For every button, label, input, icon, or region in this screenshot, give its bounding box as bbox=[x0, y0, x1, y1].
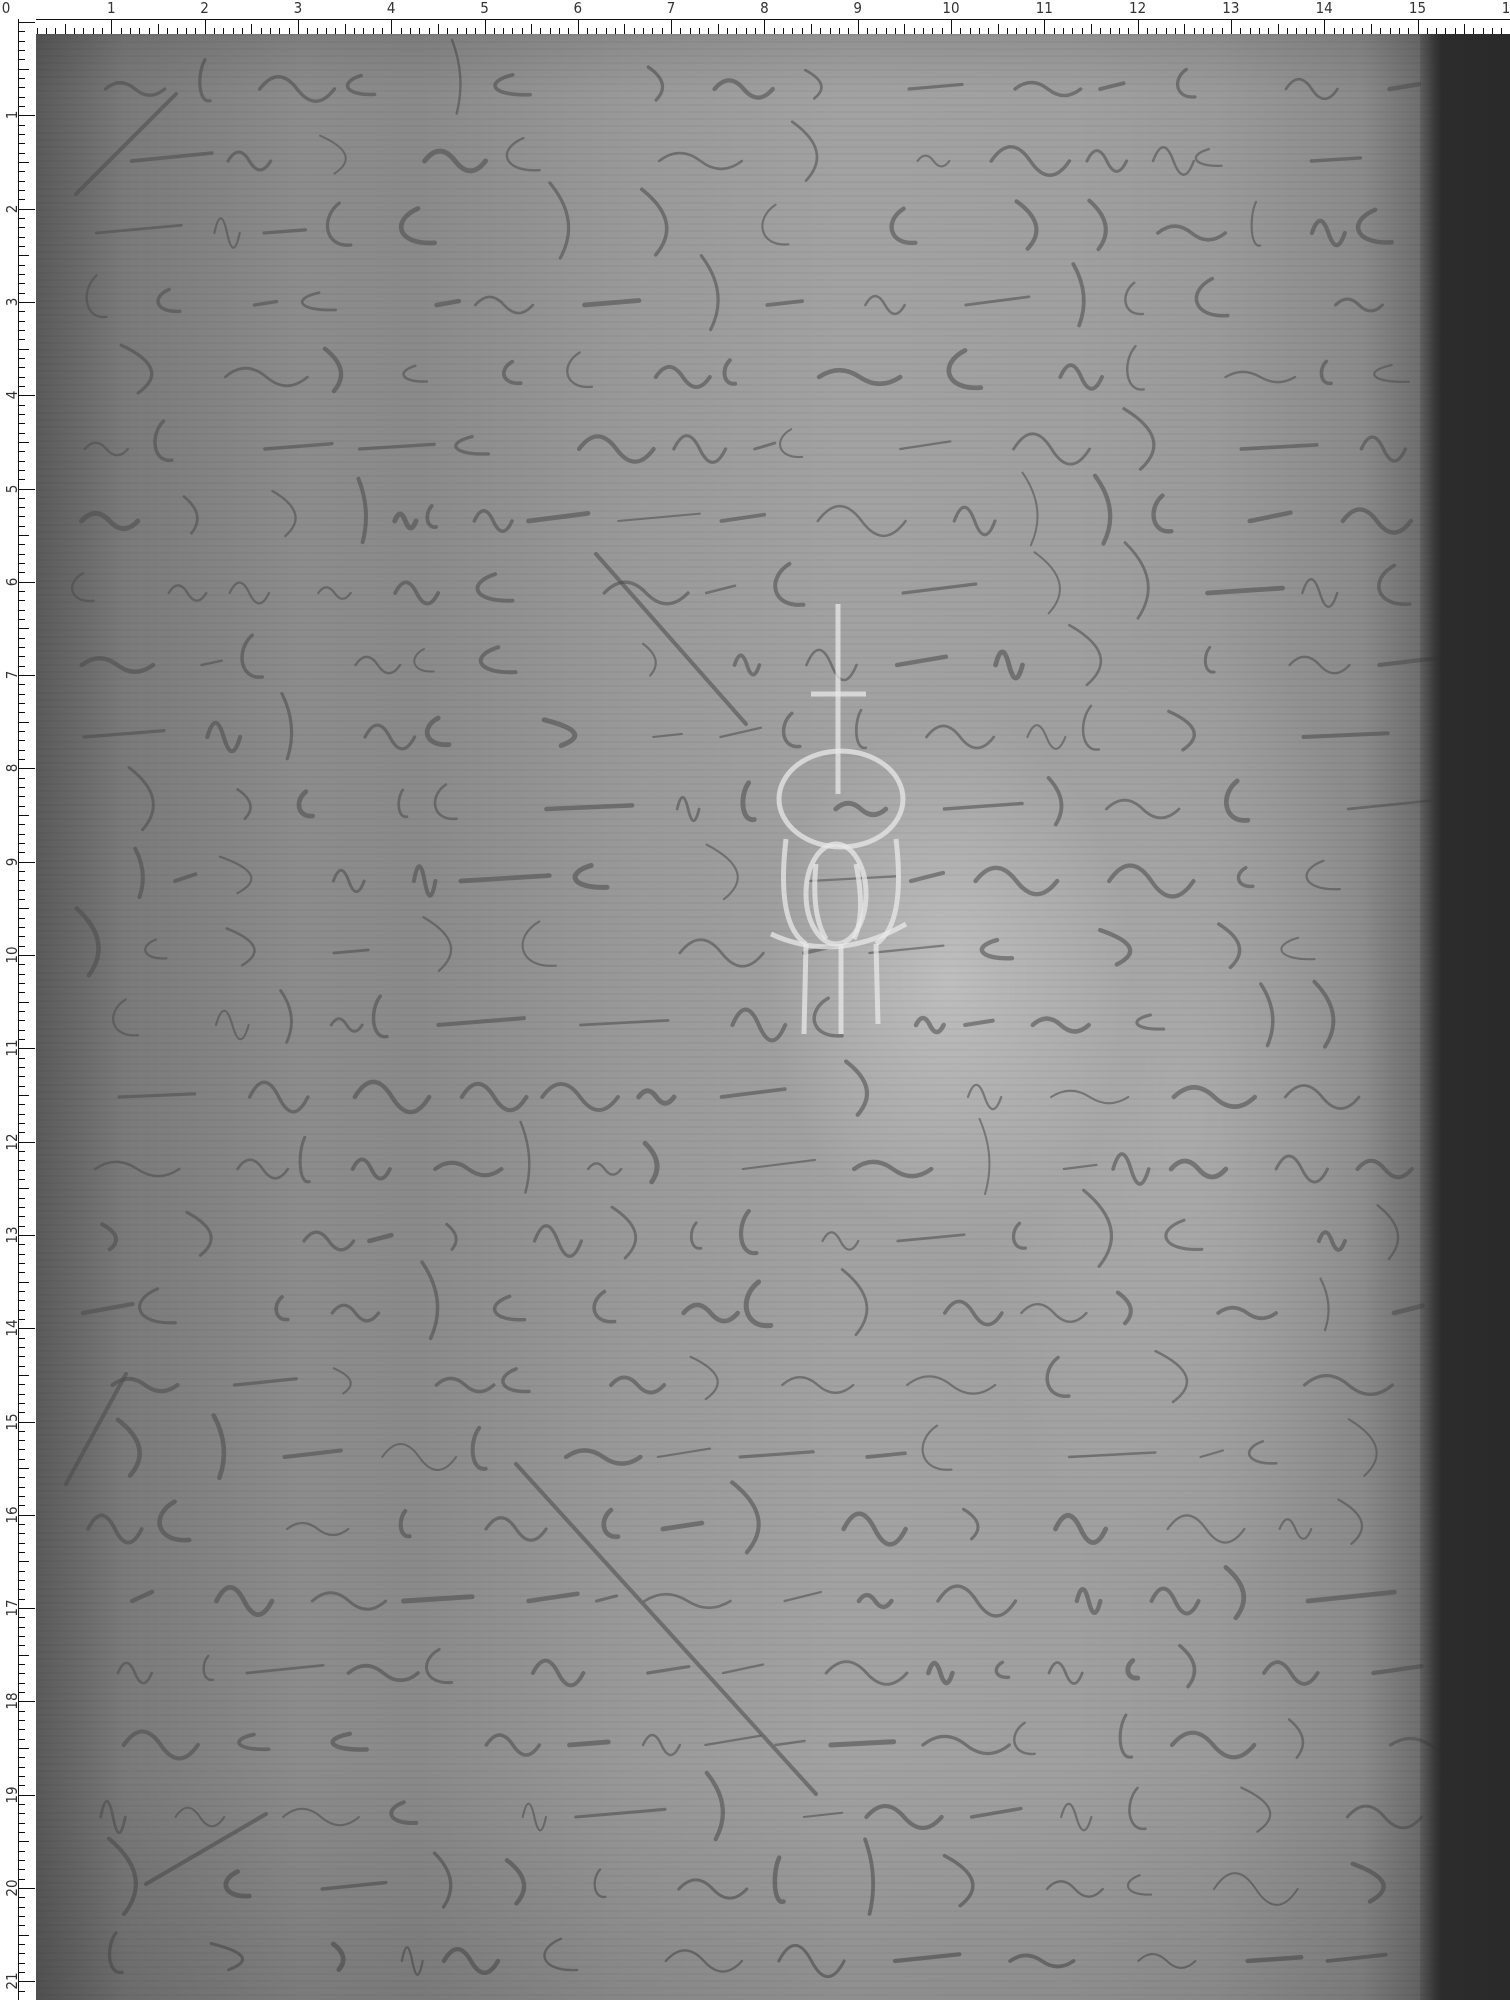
top-ruler-tick bbox=[270, 28, 271, 34]
left-ruler-tick bbox=[18, 899, 25, 900]
top-ruler-tick bbox=[130, 28, 131, 34]
left-ruler-label: 7 bbox=[4, 665, 20, 685]
top-ruler-tick bbox=[970, 28, 971, 34]
left-ruler-tick bbox=[18, 1673, 25, 1674]
top-ruler-tick bbox=[37, 28, 38, 34]
top-ruler-tick bbox=[1464, 24, 1465, 34]
top-ruler-tick bbox=[662, 28, 663, 34]
top-ruler-tick bbox=[251, 24, 252, 34]
top-ruler-tick bbox=[167, 28, 168, 34]
left-ruler-tick bbox=[18, 1263, 25, 1264]
top-shading bbox=[36, 34, 1510, 94]
left-ruler-tick bbox=[18, 69, 29, 70]
left-ruler-label: 10 bbox=[4, 945, 20, 965]
left-ruler-tick bbox=[18, 153, 25, 154]
top-ruler-tick bbox=[1278, 24, 1279, 34]
top-ruler-tick bbox=[1483, 28, 1484, 34]
left-ruler-label: 18 bbox=[4, 1691, 20, 1711]
left-ruler-tick bbox=[18, 190, 25, 191]
top-ruler-tick bbox=[596, 28, 597, 34]
left-ruler-tick bbox=[18, 59, 25, 60]
top-ruler-tick bbox=[923, 28, 924, 34]
left-ruler-tick bbox=[18, 1683, 25, 1684]
top-ruler-tick bbox=[1231, 20, 1232, 34]
left-ruler-tick bbox=[18, 1729, 25, 1730]
left-ruler-tick bbox=[18, 563, 25, 564]
left-ruler-tick bbox=[18, 824, 25, 825]
top-ruler-tick bbox=[466, 28, 467, 34]
left-ruler-label: 9 bbox=[4, 852, 20, 872]
top-ruler-tick bbox=[429, 28, 430, 34]
left-ruler-tick bbox=[18, 274, 25, 275]
top-ruler-tick bbox=[1035, 28, 1036, 34]
top-ruler-tick bbox=[438, 24, 439, 34]
left-ruler-tick bbox=[18, 227, 25, 228]
left-ruler-tick bbox=[18, 1356, 25, 1357]
left-ruler-label: 12 bbox=[4, 1132, 20, 1152]
left-ruler-tick bbox=[18, 1011, 25, 1012]
left-ruler-tick bbox=[18, 1907, 25, 1908]
left-ruler-tick bbox=[18, 1207, 25, 1208]
left-ruler-label: 15 bbox=[4, 1412, 20, 1432]
left-ruler-tick bbox=[18, 1086, 25, 1087]
top-ruler-tick bbox=[1063, 28, 1064, 34]
top-ruler-tick bbox=[326, 28, 327, 34]
left-ruler-tick bbox=[18, 1561, 29, 1562]
left-ruler-tick bbox=[18, 1198, 25, 1199]
top-ruler-tick bbox=[1259, 28, 1260, 34]
left-ruler-tick bbox=[18, 1627, 25, 1628]
left-ruler-tick bbox=[18, 1655, 29, 1656]
top-ruler-label: 8 bbox=[760, 0, 769, 16]
left-ruler-tick bbox=[18, 1571, 25, 1572]
left-ruler-tick bbox=[18, 1375, 29, 1376]
top-ruler-tick bbox=[1390, 28, 1391, 34]
top-ruler-tick bbox=[1110, 28, 1111, 34]
top-ruler-tick bbox=[568, 28, 569, 34]
top-ruler-tick bbox=[102, 28, 103, 34]
left-ruler-tick bbox=[18, 638, 25, 639]
top-ruler-tick bbox=[783, 28, 784, 34]
top-ruler-tick bbox=[942, 28, 943, 34]
top-ruler-tick bbox=[774, 28, 775, 34]
top-ruler-tick bbox=[1296, 28, 1297, 34]
top-ruler-tick bbox=[93, 28, 94, 34]
left-ruler-tick bbox=[18, 1114, 25, 1115]
left-ruler-tick bbox=[18, 544, 25, 545]
left-ruler-tick bbox=[18, 1002, 29, 1003]
left-ruler-tick bbox=[18, 339, 25, 340]
left-ruler-label: 20 bbox=[4, 1878, 20, 1898]
left-ruler-tick bbox=[18, 255, 29, 256]
left-ruler-tick bbox=[18, 367, 25, 368]
top-ruler-tick bbox=[1212, 28, 1213, 34]
left-ruler-label: 21 bbox=[4, 1971, 20, 1991]
left-ruler-tick bbox=[18, 880, 25, 881]
top-ruler-tick bbox=[1343, 28, 1344, 34]
left-ruler-tick bbox=[18, 1636, 25, 1637]
left-ruler-tick bbox=[18, 414, 25, 415]
left-ruler-tick bbox=[18, 1664, 25, 1665]
top-ruler-tick bbox=[65, 24, 66, 34]
top-ruler-tick bbox=[904, 24, 905, 34]
left-ruler-tick bbox=[18, 1104, 25, 1105]
top-ruler-tick bbox=[279, 28, 280, 34]
left-ruler-tick bbox=[18, 78, 25, 79]
top-ruler-tick bbox=[1128, 28, 1129, 34]
manuscript-scan bbox=[36, 34, 1510, 2000]
top-ruler-tick bbox=[298, 20, 299, 34]
top-ruler-tick bbox=[233, 28, 234, 34]
top-ruler-tick bbox=[587, 28, 588, 34]
top-ruler-tick bbox=[550, 28, 551, 34]
top-ruler-tick bbox=[1091, 24, 1092, 34]
top-ruler-tick bbox=[335, 28, 336, 34]
top-ruler-tick bbox=[419, 28, 420, 34]
top-ruler-tick bbox=[811, 24, 812, 34]
left-ruler-tick bbox=[18, 787, 25, 788]
left-ruler-tick bbox=[18, 1291, 25, 1292]
top-ruler-tick bbox=[410, 28, 411, 34]
left-ruler-tick bbox=[18, 1384, 25, 1385]
top-ruler-tick bbox=[1166, 28, 1167, 34]
left-ruler-tick bbox=[18, 610, 25, 611]
left-ruler-tick bbox=[18, 470, 25, 471]
top-ruler-tick bbox=[1427, 28, 1428, 34]
left-ruler-label: 1 bbox=[4, 105, 20, 125]
left-ruler-tick bbox=[18, 1170, 25, 1171]
left-ruler-tick bbox=[18, 1953, 25, 1954]
top-ruler-tick bbox=[1250, 28, 1251, 34]
left-ruler-tick bbox=[18, 694, 25, 695]
top-ruler-tick bbox=[979, 28, 980, 34]
left-ruler-tick bbox=[18, 974, 25, 975]
left-ruler-tick bbox=[18, 1459, 25, 1460]
top-ruler-tick bbox=[83, 28, 84, 34]
left-ruler-tick bbox=[18, 712, 25, 713]
left-ruler-tick bbox=[18, 1776, 25, 1777]
top-ruler-tick bbox=[382, 28, 383, 34]
top-ruler-label: 7 bbox=[667, 0, 676, 16]
top-ruler-tick bbox=[317, 28, 318, 34]
top-ruler-tick bbox=[1306, 28, 1307, 34]
left-ruler-tick bbox=[18, 1477, 25, 1478]
left-ruler-tick bbox=[18, 1720, 25, 1721]
top-ruler-tick bbox=[960, 28, 961, 34]
top-ruler-tick bbox=[121, 28, 122, 34]
left-ruler-tick bbox=[18, 703, 25, 704]
left-ruler-tick bbox=[18, 890, 25, 891]
left-ruler-tick bbox=[18, 1095, 29, 1096]
top-ruler-tick bbox=[951, 20, 952, 34]
top-ruler-tick bbox=[746, 28, 747, 34]
top-ruler-tick bbox=[830, 28, 831, 34]
top-ruler-tick bbox=[1371, 24, 1372, 34]
top-ruler-tick bbox=[1334, 28, 1335, 34]
dark-backing-strip bbox=[1420, 34, 1510, 2000]
top-ruler-tick bbox=[74, 28, 75, 34]
top-ruler-tick bbox=[55, 28, 56, 34]
top-ruler-tick bbox=[652, 28, 653, 34]
left-ruler-tick bbox=[18, 1869, 25, 1870]
top-ruler-tick bbox=[503, 28, 504, 34]
left-ruler-tick bbox=[18, 628, 29, 629]
top-ruler-tick bbox=[195, 28, 196, 34]
top-ruler-tick bbox=[988, 28, 989, 34]
left-ruler-tick bbox=[18, 600, 25, 601]
top-ruler-tick bbox=[485, 20, 486, 34]
top-ruler-tick bbox=[1044, 20, 1045, 34]
left-ruler-tick bbox=[18, 1160, 25, 1161]
top-ruler-label: 5 bbox=[480, 0, 489, 16]
top-ruler-tick bbox=[1287, 28, 1288, 34]
left-ruler-tick bbox=[18, 1449, 25, 1450]
left-ruler-tick bbox=[18, 442, 29, 443]
top-ruler-tick bbox=[475, 28, 476, 34]
left-ruler-label: 13 bbox=[4, 1225, 20, 1245]
top-ruler-tick bbox=[671, 20, 672, 34]
top-ruler-tick bbox=[261, 28, 262, 34]
left-ruler-tick bbox=[18, 731, 25, 732]
top-ruler-tick bbox=[998, 24, 999, 34]
top-ruler-tick bbox=[1445, 28, 1446, 34]
top-ruler-label: 3 bbox=[294, 0, 303, 16]
left-ruler-tick bbox=[18, 1543, 25, 1544]
left-ruler-tick bbox=[18, 1496, 25, 1497]
left-ruler-tick bbox=[18, 1813, 25, 1814]
top-ruler-tick bbox=[373, 28, 374, 34]
top-ruler-tick bbox=[1352, 28, 1353, 34]
left-ruler-tick bbox=[18, 1963, 25, 1964]
top-ruler-tick bbox=[932, 28, 933, 34]
top-ruler-tick bbox=[1436, 28, 1437, 34]
left-ruler-tick bbox=[18, 87, 25, 88]
top-ruler-tick bbox=[531, 24, 532, 34]
left-ruler-tick bbox=[18, 1440, 25, 1441]
left-ruler-tick bbox=[18, 330, 25, 331]
left-ruler-tick bbox=[18, 1533, 25, 1534]
left-ruler-tick bbox=[18, 143, 25, 144]
top-ruler-tick bbox=[1054, 28, 1055, 34]
left-ruler-tick bbox=[18, 1030, 25, 1031]
left-ruler-tick bbox=[18, 554, 25, 555]
left-ruler-tick bbox=[18, 1645, 25, 1646]
left-ruler-tick bbox=[18, 1832, 25, 1833]
left-ruler-tick bbox=[18, 1935, 29, 1936]
top-ruler-tick bbox=[820, 28, 821, 34]
top-ruler-tick bbox=[606, 28, 607, 34]
left-ruler-tick bbox=[18, 1580, 25, 1581]
top-ruler-label: 6 bbox=[574, 0, 583, 16]
top-ruler-tick bbox=[111, 20, 112, 34]
top-ruler-label: 12 bbox=[1129, 0, 1146, 16]
left-ruler-tick bbox=[18, 992, 25, 993]
top-ruler-label: 4 bbox=[387, 0, 396, 16]
left-ruler-label: 8 bbox=[4, 758, 20, 778]
bottom-shading bbox=[36, 1760, 1510, 2000]
left-ruler-tick bbox=[18, 1757, 25, 1758]
left-ruler-tick bbox=[18, 806, 25, 807]
top-ruler-tick bbox=[139, 28, 140, 34]
left-ruler-tick bbox=[18, 423, 25, 424]
left-ruler-tick bbox=[18, 1925, 25, 1926]
left-ruler-tick bbox=[18, 265, 25, 266]
left-ruler-label: 4 bbox=[4, 385, 20, 405]
left-ruler-tick bbox=[18, 451, 25, 452]
top-ruler-tick bbox=[736, 28, 737, 34]
top-ruler-tick bbox=[643, 28, 644, 34]
left-ruler-tick bbox=[18, 983, 25, 984]
left-ruler-label: 16 bbox=[4, 1505, 20, 1525]
top-ruler-tick bbox=[848, 28, 849, 34]
top-ruler-tick bbox=[839, 28, 840, 34]
top-ruler-tick bbox=[1175, 28, 1176, 34]
left-ruler-tick bbox=[18, 1179, 25, 1180]
left-ruler-tick bbox=[18, 815, 29, 816]
left-ruler-tick bbox=[18, 1347, 25, 1348]
left-ruler-tick bbox=[18, 1944, 25, 1945]
top-ruler-label: 13 bbox=[1222, 0, 1239, 16]
top-ruler-tick bbox=[708, 28, 709, 34]
top-ruler-tick bbox=[578, 20, 579, 34]
left-ruler-tick bbox=[18, 908, 29, 909]
top-ruler-tick bbox=[1408, 28, 1409, 34]
left-ruler-tick bbox=[18, 1851, 25, 1852]
top-ruler-tick bbox=[559, 28, 560, 34]
left-ruler-tick bbox=[18, 1272, 25, 1273]
top-ruler-tick bbox=[149, 28, 150, 34]
left-ruler-label: 6 bbox=[4, 572, 20, 592]
left-ruler-tick bbox=[18, 1067, 25, 1068]
left-ruler-label: 3 bbox=[4, 292, 20, 312]
left-ruler-tick bbox=[18, 796, 25, 797]
left-ruler-tick bbox=[18, 619, 25, 620]
top-ruler-tick bbox=[1268, 28, 1269, 34]
left-ruler-tick bbox=[18, 41, 25, 42]
left-ruler-tick bbox=[18, 1552, 25, 1553]
top-ruler-tick bbox=[1026, 28, 1027, 34]
top-ruler-tick bbox=[1501, 28, 1502, 34]
top-ruler-label: 11 bbox=[1036, 0, 1053, 16]
left-ruler-tick bbox=[18, 321, 25, 322]
left-ruler-tick bbox=[18, 1076, 25, 1077]
left-ruler-label: 5 bbox=[4, 479, 20, 499]
left-ruler-tick bbox=[18, 171, 25, 172]
left-ruler-tick bbox=[18, 834, 25, 835]
top-ruler-tick bbox=[223, 28, 224, 34]
left-ruler-label: 0 bbox=[0, 0, 16, 16]
top-ruler-tick bbox=[1147, 28, 1148, 34]
top-ruler-tick bbox=[764, 20, 765, 34]
top-ruler-tick bbox=[307, 28, 308, 34]
top-ruler-tick bbox=[1418, 20, 1419, 34]
left-ruler-tick bbox=[18, 722, 29, 723]
left-ruler-tick bbox=[18, 22, 35, 23]
left-ruler-label: 14 bbox=[4, 1318, 20, 1338]
watermark-motif bbox=[726, 594, 986, 1054]
top-ruler-tick bbox=[624, 24, 625, 34]
top-ruler-tick bbox=[214, 28, 215, 34]
left-ruler-tick bbox=[18, 358, 25, 359]
left-ruler-tick bbox=[18, 1310, 25, 1311]
top-ruler-label: 9 bbox=[853, 0, 862, 16]
left-ruler-tick bbox=[18, 283, 25, 284]
left-ruler-tick bbox=[18, 843, 25, 844]
left-ruler-tick bbox=[18, 433, 25, 434]
left-ruler-tick bbox=[18, 750, 25, 751]
left-ruler-tick bbox=[18, 526, 25, 527]
top-ruler-tick bbox=[1119, 28, 1120, 34]
top-ruler-tick bbox=[363, 28, 364, 34]
top-ruler-tick bbox=[895, 28, 896, 34]
top-ruler-tick bbox=[1455, 28, 1456, 34]
top-ruler-tick bbox=[177, 28, 178, 34]
left-ruler-tick bbox=[18, 97, 25, 98]
left-ruler-tick bbox=[18, 246, 25, 247]
top-ruler-tick bbox=[1240, 28, 1241, 34]
top-ruler-tick bbox=[1072, 28, 1073, 34]
top-ruler-label: 1 bbox=[1502, 0, 1510, 16]
left-ruler-tick bbox=[18, 507, 25, 508]
top-ruler-tick bbox=[1138, 20, 1139, 34]
top-ruler-tick bbox=[522, 28, 523, 34]
top-ruler-tick bbox=[1324, 20, 1325, 34]
left-ruler-tick bbox=[18, 927, 25, 928]
top-ruler: 01234567891011121314151 bbox=[0, 0, 1510, 34]
left-ruler-tick bbox=[18, 535, 29, 536]
top-ruler-tick bbox=[391, 20, 392, 34]
top-ruler-tick bbox=[876, 28, 877, 34]
top-ruler-tick bbox=[1194, 28, 1195, 34]
top-ruler-label: 14 bbox=[1316, 0, 1333, 16]
left-ruler-tick bbox=[18, 50, 25, 51]
top-ruler-tick bbox=[494, 28, 495, 34]
left-ruler-tick bbox=[18, 516, 25, 517]
top-ruler-tick bbox=[1362, 28, 1363, 34]
left-ruler-tick bbox=[18, 461, 25, 462]
left-ruler-tick bbox=[18, 1366, 25, 1367]
left-ruler-tick bbox=[18, 134, 25, 135]
left-ruler-tick bbox=[18, 1394, 25, 1395]
top-ruler-tick bbox=[914, 28, 915, 34]
top-ruler-tick bbox=[1007, 28, 1008, 34]
left-ruler-tick bbox=[18, 1403, 25, 1404]
left-ruler: 0123456789101112131415161718192021 bbox=[0, 0, 36, 2000]
left-ruler-tick bbox=[18, 162, 29, 163]
top-ruler-tick bbox=[615, 28, 616, 34]
top-ruler-tick bbox=[699, 28, 700, 34]
top-ruler-tick bbox=[867, 28, 868, 34]
top-ruler-tick bbox=[205, 20, 206, 34]
left-ruler-label: 19 bbox=[4, 1785, 20, 1805]
left-ruler-tick bbox=[18, 1841, 29, 1842]
left-ruler-tick bbox=[18, 1748, 29, 1749]
left-ruler-tick bbox=[18, 1020, 25, 1021]
left-ruler-tick bbox=[18, 181, 25, 182]
top-ruler-label: 10 bbox=[942, 0, 959, 16]
left-ruler-tick bbox=[18, 1216, 25, 1217]
left-ruler-tick bbox=[18, 936, 25, 937]
left-ruler-tick bbox=[18, 1823, 25, 1824]
top-ruler-tick bbox=[345, 24, 346, 34]
top-ruler-tick bbox=[401, 28, 402, 34]
top-ruler-tick bbox=[886, 28, 887, 34]
top-ruler-tick bbox=[1380, 28, 1381, 34]
top-ruler-tick bbox=[186, 28, 187, 34]
top-ruler-tick bbox=[634, 28, 635, 34]
left-ruler-tick bbox=[18, 237, 25, 238]
top-ruler-tick bbox=[354, 28, 355, 34]
